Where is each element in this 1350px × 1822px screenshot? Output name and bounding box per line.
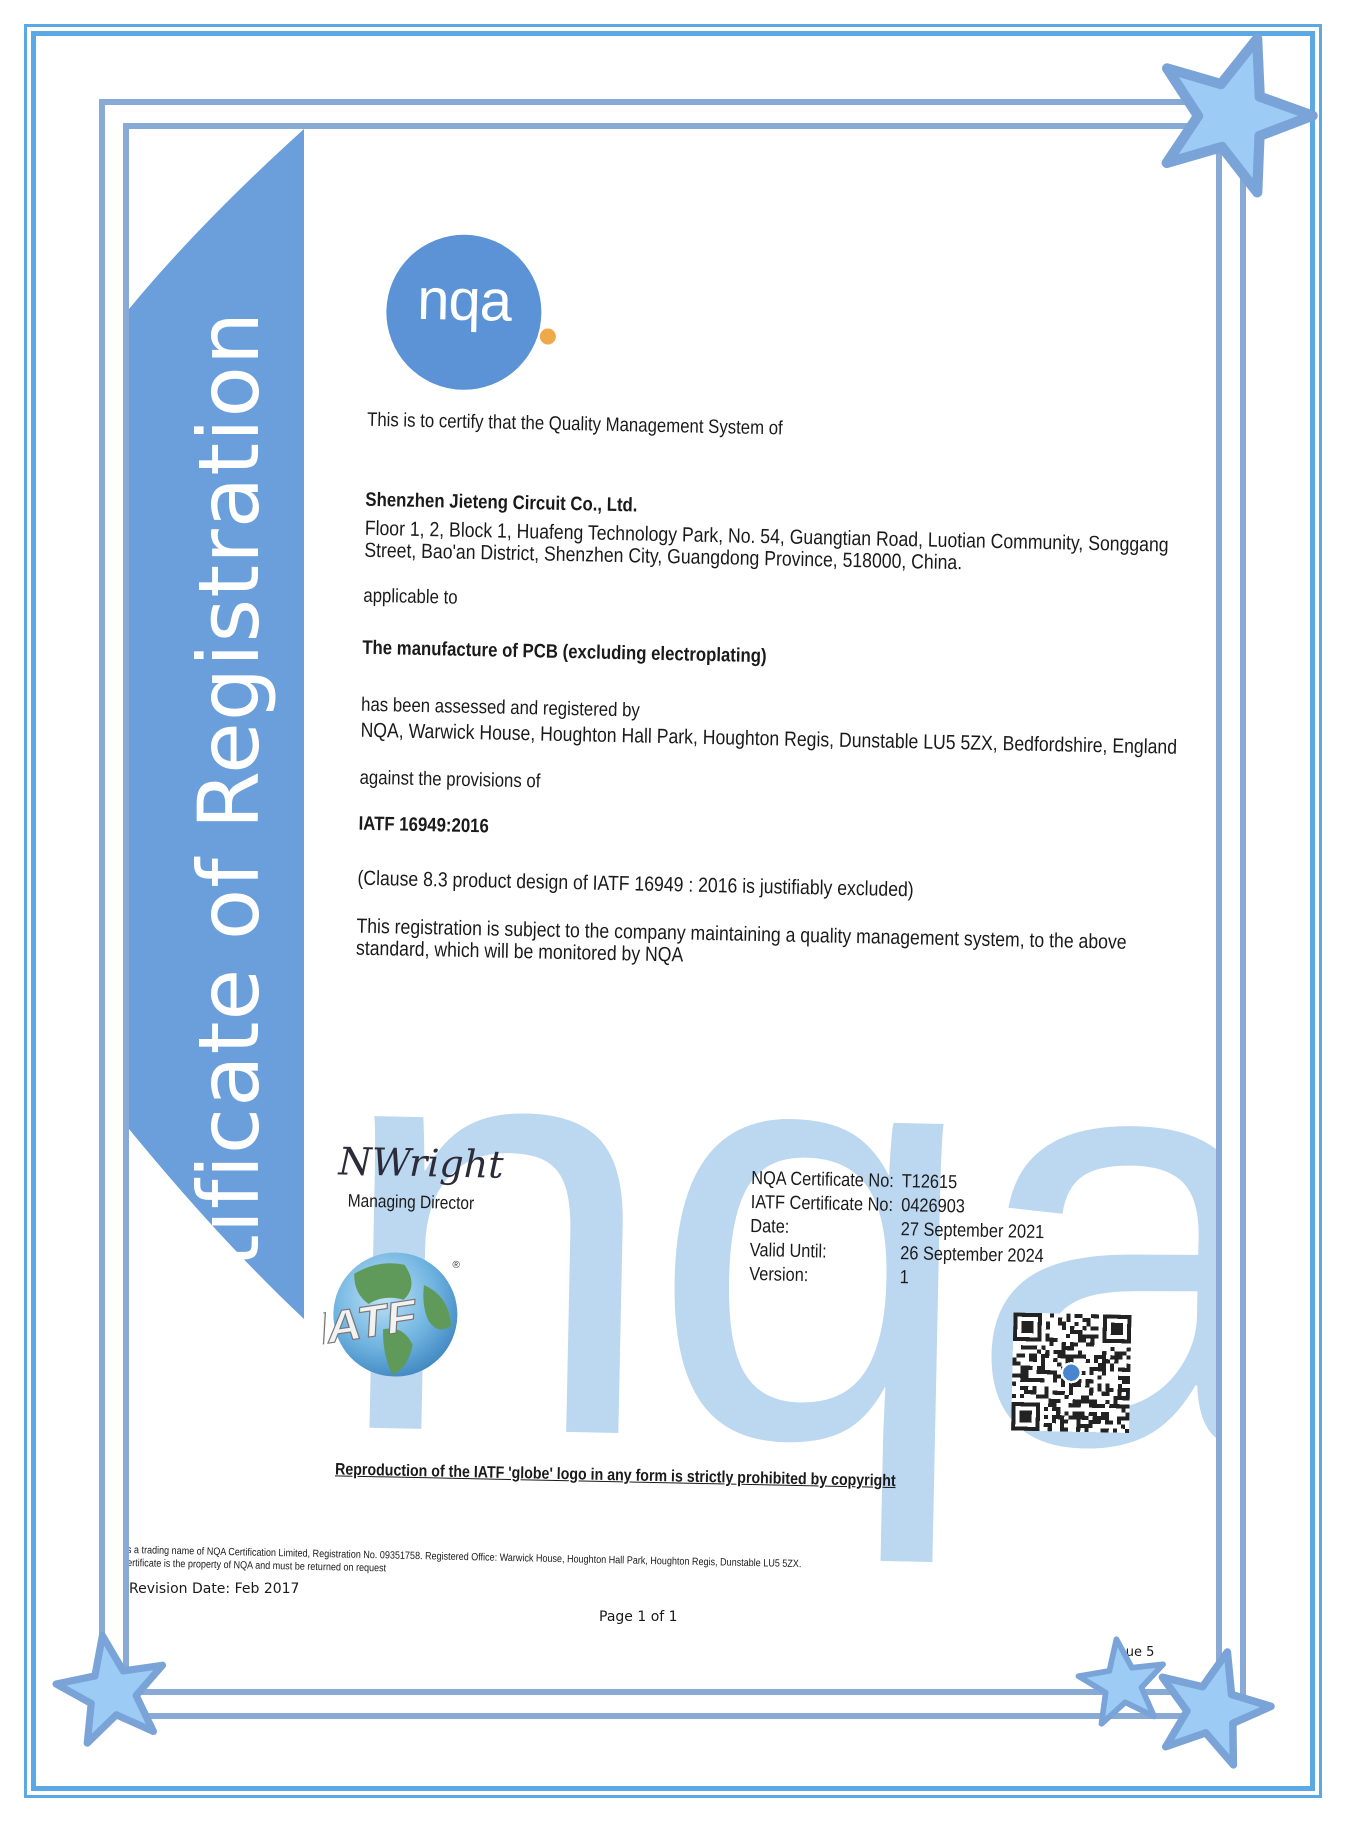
nqa-logo: nqa bbox=[385, 233, 543, 391]
intro-text: This is to certify that the Quality Mana… bbox=[367, 409, 783, 441]
qr-code[interactable] bbox=[1011, 1313, 1131, 1433]
certificate-content: nqa This is to certify that the Quality … bbox=[129, 129, 1216, 1689]
iatf-globe-logo: IATF ® bbox=[322, 1243, 465, 1386]
exclusion-note: (Clause 8.3 product design of IATF 16949… bbox=[357, 867, 914, 903]
assessed-label: has been assessed and registered by bbox=[361, 694, 640, 723]
detail-value: T12615 bbox=[901, 1170, 957, 1195]
svg-text:®: ® bbox=[452, 1260, 460, 1271]
detail-label: Valid Until: bbox=[750, 1239, 901, 1266]
signatory-title: Managing Director bbox=[348, 1191, 475, 1215]
copyright-notice: Reproduction of the IATF 'globe' logo in… bbox=[335, 1460, 896, 1491]
provisions-label: against the provisions of bbox=[359, 767, 540, 794]
registrar-address: NQA, Warwick House, Houghton Hall Park, … bbox=[360, 719, 1177, 760]
standard: IATF 16949:2016 bbox=[358, 813, 489, 839]
detail-value: 0426903 bbox=[901, 1194, 965, 1219]
detail-value: 1 bbox=[899, 1266, 909, 1290]
page-number: Page 1 of 1 bbox=[599, 1609, 678, 1625]
fine-print: NQA is a trading name of NQA Certificati… bbox=[129, 1543, 802, 1584]
company-name: Shenzhen Jieteng Circuit Co., Ltd. bbox=[365, 489, 637, 518]
revision-date: Revision Date: Feb 2017 bbox=[129, 1581, 299, 1597]
detail-value: 26 September 2024 bbox=[900, 1242, 1044, 1269]
star-icon bbox=[1148, 28, 1318, 198]
scope: The manufacture of PCB (excluding electr… bbox=[362, 637, 767, 668]
star-icon bbox=[1150, 1645, 1275, 1770]
star-icon bbox=[52, 1630, 172, 1750]
logo-dot-icon bbox=[540, 328, 556, 344]
nqa-logo-text: nqa bbox=[386, 265, 542, 335]
detail-value: 27 September 2021 bbox=[900, 1218, 1044, 1245]
detail-label: IATF Certificate No: bbox=[751, 1191, 902, 1218]
detail-label: Version: bbox=[749, 1263, 900, 1290]
detail-label: Date: bbox=[750, 1215, 901, 1242]
detail-label: NQA Certificate No: bbox=[751, 1167, 902, 1194]
certificate-page: nqa Certificate of Registration nqa This… bbox=[129, 129, 1216, 1689]
certificate-details: NQA Certificate No: T12615 IATF Certific… bbox=[749, 1167, 1045, 1293]
signature: NWright bbox=[338, 1139, 504, 1186]
applicable-label: applicable to bbox=[363, 585, 458, 610]
